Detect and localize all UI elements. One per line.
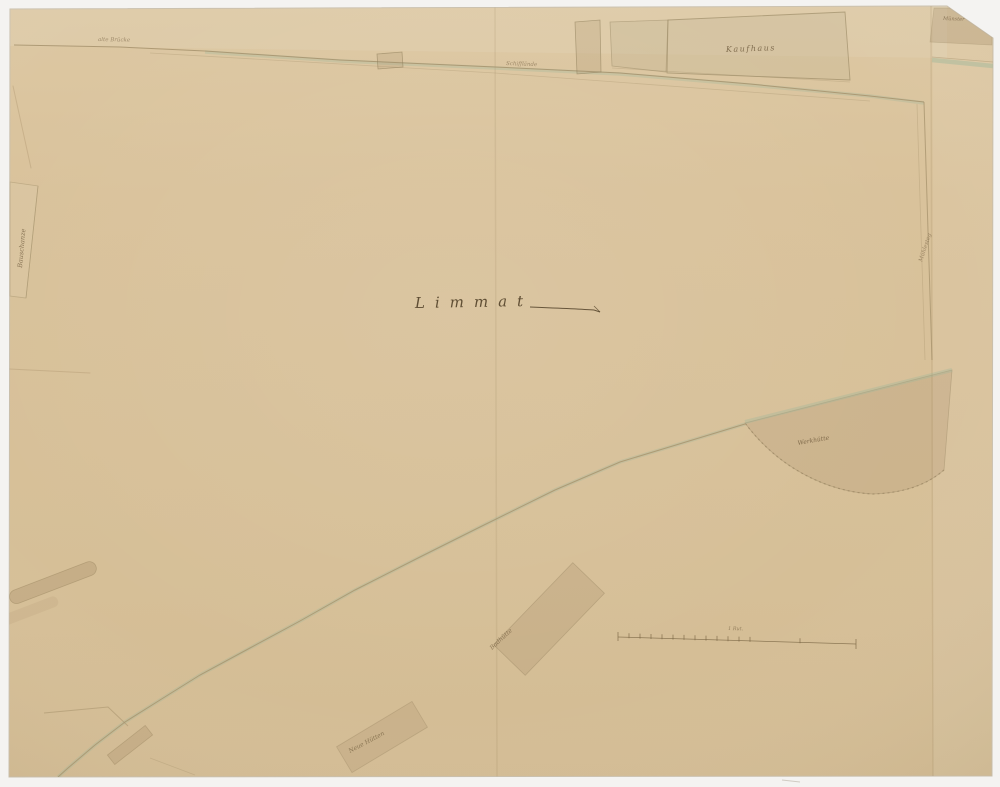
scanned-map-page: Limmat Kaufhaus Münster alte Brücke Schi… (0, 0, 1000, 787)
kaufhaus-label: Kaufhaus (725, 43, 776, 54)
corner-patch (930, 8, 992, 45)
map-canvas: Limmat Kaufhaus Münster alte Brücke Schi… (0, 0, 1000, 787)
kaufhaus-annex (610, 20, 668, 72)
quay-building-tall (575, 20, 601, 74)
paper-sheet (9, 6, 993, 777)
scale-bar-label: 1 Rut. (728, 626, 744, 632)
margin-mark (782, 780, 800, 782)
corner-patch-label: Münster (942, 16, 965, 23)
quay-building-small (377, 52, 403, 69)
river-label: Limmat (414, 292, 533, 312)
quay-left-label: alte Brücke (98, 37, 131, 44)
quay-middle-label: Schifflände (506, 61, 538, 68)
